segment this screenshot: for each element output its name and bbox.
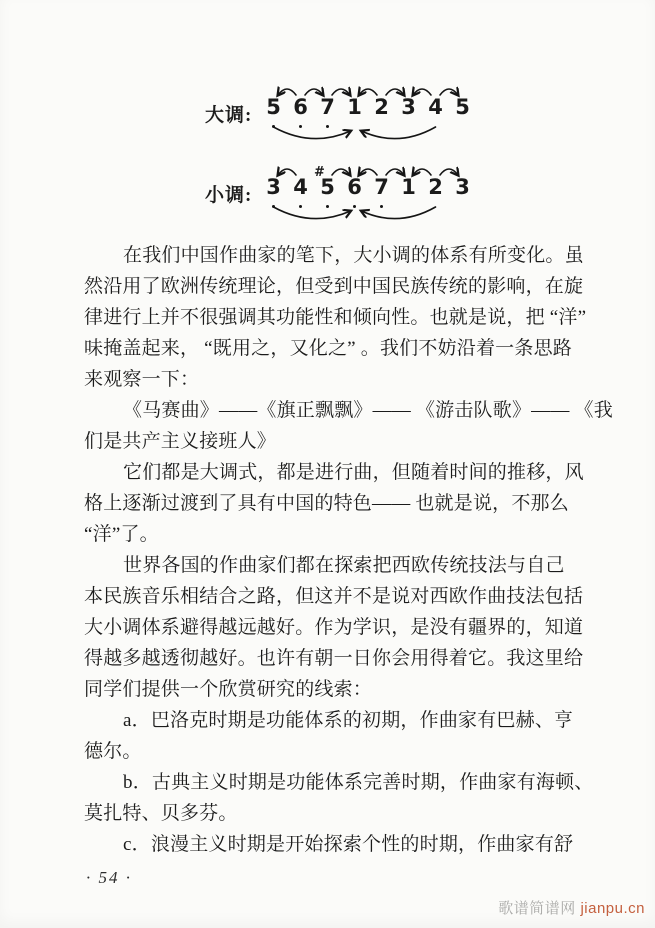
text-line: 然沿用了欧洲传统理论，但受到中国民族传统的影响，在旋 <box>84 271 584 302</box>
minor-scale-arcs <box>260 160 476 236</box>
text-line: 来观察一下： <box>84 364 584 395</box>
text-line: 《马赛曲》——《旗正飘飘》—— 《游击队歌》—— 《我 <box>84 395 584 426</box>
site-watermark: 歌谱简谱网 jianpu.cn <box>498 897 645 918</box>
major-scale-notation: 大调: 56712345 <box>205 80 495 156</box>
step-tendency-arc <box>386 169 404 175</box>
minor-scale-label: 小调: <box>205 180 252 207</box>
text-line: 大小调体系避得越远越好。作为学识，是没有疆界的，知道 <box>84 612 584 643</box>
resolution-arc <box>274 207 351 219</box>
step-tendency-arc <box>359 169 377 175</box>
text-line: 们是共产主义接班人》 <box>84 426 584 457</box>
text-line: “洋”了。 <box>84 519 584 550</box>
step-tendency-arc <box>305 89 323 95</box>
step-tendency-arc <box>440 89 458 95</box>
step-tendency-arc <box>278 169 296 175</box>
text-line: b．古典主义时期是功能体系完善时期，作曲家有海顿、 <box>84 767 584 798</box>
step-tendency-arc <box>278 89 296 95</box>
major-scale-label: 大调: <box>205 100 252 127</box>
text-line: 世界各国的作曲家们都在探索把西欧传统技法与自己 <box>84 550 584 581</box>
watermark-site-name: 歌谱简谱网 <box>498 900 576 917</box>
body-text: 在我们中国作曲家的笔下，大小调的体系有所变化。虽然沿用了欧洲传统理论，但受到中国… <box>84 240 584 860</box>
resolution-arc <box>274 127 351 139</box>
text-line: 同学们提供一个欣赏研究的线索： <box>84 674 584 705</box>
step-tendency-arc <box>332 169 350 175</box>
watermark-site-url: jianpu.cn <box>580 900 645 917</box>
text-line: 德尔。 <box>84 736 584 767</box>
text-line: 莫扎特、贝多芬。 <box>84 798 584 829</box>
text-line: 本民族音乐相结合之路，但这并不是说对西欧作曲技法包括 <box>84 581 584 612</box>
text-line: 得越多越透彻越好。也许有朝一日你会用得着它。我这里给 <box>84 643 584 674</box>
step-tendency-arc <box>440 169 458 175</box>
step-tendency-arc <box>413 169 431 175</box>
text-line: 它们都是大调式，都是进行曲，但随着时间的推移，风 <box>84 457 584 488</box>
step-tendency-arc <box>359 89 377 95</box>
text-line: a．巴洛克时期是功能体系的初期，作曲家有巴赫、亨 <box>84 705 584 736</box>
step-tendency-arc <box>413 89 431 95</box>
resolution-arc <box>362 127 436 139</box>
step-tendency-arc <box>386 89 404 95</box>
text-line: c．浪漫主义时期是开始探索个性的时期，作曲家有舒 <box>84 829 584 860</box>
step-tendency-arc <box>332 89 350 95</box>
text-line: 律进行上并不很强调其功能性和倾向性。也就是说，把 “洋” <box>84 302 584 333</box>
text-line: 味掩盖起来， “既用之，又化之” 。我们不妨沿着一条思路 <box>84 333 584 364</box>
major-scale-arcs <box>260 80 476 156</box>
minor-scale-notation: 小调: 34#567123 <box>205 160 495 236</box>
resolution-arc <box>362 207 436 219</box>
text-line: 格上逐渐过渡到了具有中国的特色—— 也就是说，不那么 <box>84 488 584 519</box>
page-number: · 54 · <box>86 868 132 888</box>
scanned-book-page: 大调: 56712345 小调: 34#567123 在我们中国作曲家的笔下，大… <box>0 0 655 928</box>
text-line: 在我们中国作曲家的笔下，大小调的体系有所变化。虽 <box>84 240 584 271</box>
